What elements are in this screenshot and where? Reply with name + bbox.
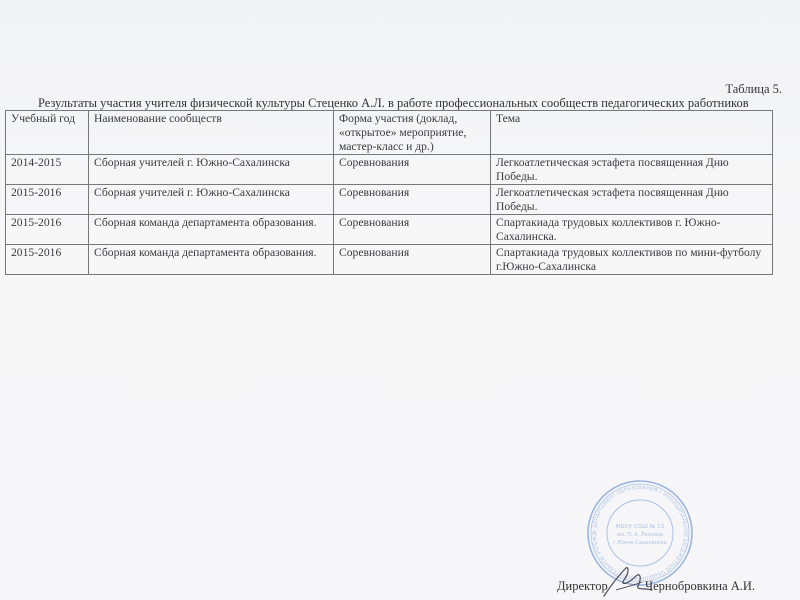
cell-community: Сборная учителей г. Южно-Сахалинска (89, 155, 334, 185)
cell-topic: Легкоатлетическая эстафета посвященная Д… (491, 155, 773, 185)
table-caption: Результаты участия учителя физической ку… (38, 96, 749, 111)
scanned-page: Таблица 5. Результаты участия учителя фи… (0, 0, 800, 600)
cell-year: 2015-2016 (6, 215, 89, 245)
cell-form: Соревнования (334, 185, 491, 215)
cell-form: Соревнования (334, 155, 491, 185)
results-table: Учебный год Наименование сообществ Форма… (5, 110, 773, 275)
cell-community: Сборная команда департамента образования… (89, 215, 334, 245)
header-participation-form: Форма участия (доклад, «открытое» меропр… (334, 111, 491, 155)
cell-year: 2014-2015 (6, 155, 89, 185)
cell-topic: Спартакиада трудовых коллективов по мини… (491, 245, 773, 275)
cell-year: 2015-2016 (6, 245, 89, 275)
table-row: 2015-2016 Сборная команда департамента о… (6, 245, 773, 275)
signatory-position: Директор (557, 579, 645, 594)
svg-text:г.Южно-Сахалинска: г.Южно-Сахалинска (613, 540, 666, 546)
svg-text:им. П. А. Леонова: им. П. А. Леонова (617, 532, 663, 538)
header-academic-year: Учебный год (6, 111, 89, 155)
table-number-label: Таблица 5. (725, 82, 782, 97)
header-topic: Тема (491, 111, 773, 155)
table-row: 2015-2016 Сборная команда департамента о… (6, 215, 773, 245)
cell-community: Сборная учителей г. Южно-Сахалинска (89, 185, 334, 215)
signatory-name: Чернобровкина А.И. (645, 579, 755, 593)
cell-community: Сборная команда департамента образования… (89, 245, 334, 275)
table-row: 2015-2016 Сборная учителей г. Южно-Сахал… (6, 185, 773, 215)
table-header-row: Учебный год Наименование сообществ Форма… (6, 111, 773, 155)
table-row: 2014-2015 Сборная учителей г. Южно-Сахал… (6, 155, 773, 185)
svg-text:МБОУ СОШ № 13: МБОУ СОШ № 13 (616, 524, 665, 530)
cell-year: 2015-2016 (6, 185, 89, 215)
cell-topic: Легкоатлетическая эстафета посвященная Д… (491, 185, 773, 215)
cell-form: Соревнования (334, 245, 491, 275)
cell-topic: Спартакиада трудовых коллективов г. Южно… (491, 215, 773, 245)
cell-form: Соревнования (334, 215, 491, 245)
signature-block: ДиректорЧернобровкина А.И. (557, 579, 755, 594)
header-community-name: Наименование сообществ (89, 111, 334, 155)
